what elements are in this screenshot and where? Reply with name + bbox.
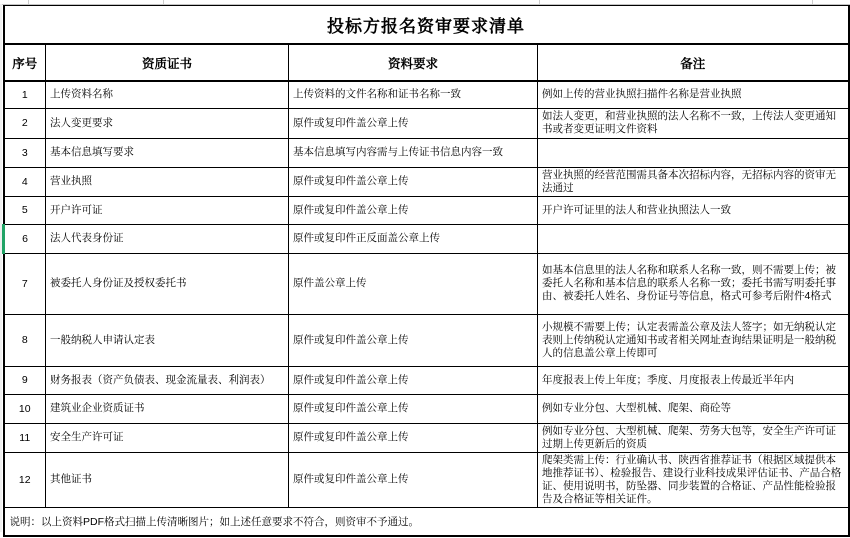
cell-cert[interactable]: 营业执照 <box>46 167 289 196</box>
gridline-tick <box>539 0 540 4</box>
table-row: 1上传资料名称上传资料的文件名称和证书名称一致例如上传的营业执照扫描件名称是营业… <box>4 81 849 108</box>
table-row: 3基本信息填写要求基本信息填写内容需与上传证书信息内容一致 <box>4 138 849 167</box>
cell-remark[interactable]: 小规模不需要上传；认定表需盖公章及法人签字；如无纳税认定表则上传纳税认定通知书或… <box>538 314 849 366</box>
cell-req[interactable]: 原件或复印件盖公章上传 <box>289 167 538 196</box>
table-row: 8一般纳税人申请认定表原件或复印件盖公章上传小规模不需要上传；认定表需盖公章及法… <box>4 314 849 366</box>
cell-req[interactable]: 原件或复印件盖公章上传 <box>289 452 538 507</box>
table-row: 5开户许可证原件或复印件盖公章上传开户许可证里的法人和营业执照法人一致 <box>4 196 849 224</box>
cell-remark[interactable]: 例如上传的营业执照扫描件名称是营业执照 <box>538 81 849 108</box>
table-row: 10建筑业企业资质证书原件或复印件盖公章上传例如专业分包、大型机械、爬架、商砼等 <box>4 394 849 423</box>
table-row: 11安全生产许可证原件或复印件盖公章上传例如专业分包、大型机械、爬架、劳务大包等… <box>4 423 849 452</box>
cell-remark[interactable]: 例如专业分包、大型机械、爬架、劳务大包等，安全生产许可证过期上传更新后的资质 <box>538 423 849 452</box>
cell-no[interactable]: 2 <box>4 108 46 138</box>
table-row: 9财务报表（资产负债表、现金流量表、利润表）原件或复印件盖公章上传年度报表上传上… <box>4 366 849 394</box>
column-header-remark[interactable]: 备注 <box>538 44 849 81</box>
cell-cert[interactable]: 上传资料名称 <box>46 81 289 108</box>
cell-req[interactable]: 上传资料的文件名称和证书名称一致 <box>289 81 538 108</box>
cell-req[interactable]: 原件或复印件盖公章上传 <box>289 108 538 138</box>
cell-no[interactable]: 8 <box>4 314 46 366</box>
cell-remark[interactable]: 爬架类需上传：行业确认书、陕西省推荐证书（根据区域提供本地推荐证书）、检验报告、… <box>538 452 849 507</box>
selected-cell[interactable]: 6 <box>4 224 46 253</box>
column-header-no[interactable]: 序号 <box>4 44 46 81</box>
cell-cert[interactable]: 法人变更要求 <box>46 108 289 138</box>
gridline-tick <box>163 0 164 4</box>
cell-req[interactable]: 原件盖公章上传 <box>289 253 538 314</box>
cell-req[interactable]: 原件或复印件盖公章上传 <box>289 394 538 423</box>
table-row: 4营业执照原件或复印件盖公章上传营业执照的经营范围需具备本次招标内容，无招标内容… <box>4 167 849 196</box>
column-header-req[interactable]: 资料要求 <box>289 44 538 81</box>
cell-req[interactable]: 原件或复印件盖公章上传 <box>289 196 538 224</box>
table-row: 6法人代表身份证原件或复印件正反面盖公章上传 <box>4 224 849 253</box>
cell-no[interactable]: 11 <box>4 423 46 452</box>
cell-cert[interactable]: 财务报表（资产负债表、现金流量表、利润表） <box>46 366 289 394</box>
cell-no[interactable]: 4 <box>4 167 46 196</box>
cell-cert[interactable]: 安全生产许可证 <box>46 423 289 452</box>
table-row: 2法人变更要求原件或复印件盖公章上传如法人变更，和营业执照的法人名称不一致，上传… <box>4 108 849 138</box>
cell-no[interactable]: 10 <box>4 394 46 423</box>
cell-req[interactable]: 原件或复印件盖公章上传 <box>289 366 538 394</box>
title-row: 投标方报名资审要求清单 <box>4 6 849 45</box>
cell-req[interactable]: 原件或复印件盖公章上传 <box>289 314 538 366</box>
cell-no[interactable]: 1 <box>4 81 46 108</box>
cell-no[interactable]: 12 <box>4 452 46 507</box>
qualification-requirements-table: 投标方报名资审要求清单 序号 资质证书 资料要求 备注 1上传资料名称上传资料的… <box>2 5 850 537</box>
cell-cert[interactable]: 开户许可证 <box>46 196 289 224</box>
cell-no[interactable]: 9 <box>4 366 46 394</box>
gridline-tick <box>812 0 813 4</box>
note-row: 说明：以上资料PDF格式扫描上传清晰图片；如上述任意要求不符合，则资审不予通过。 <box>4 507 849 536</box>
cell-req[interactable]: 原件或复印件盖公章上传 <box>289 423 538 452</box>
cell-no[interactable]: 5 <box>4 196 46 224</box>
cell-remark[interactable] <box>538 224 849 253</box>
cell-cert[interactable]: 建筑业企业资质证书 <box>46 394 289 423</box>
cell-no[interactable]: 7 <box>4 253 46 314</box>
table-row: 7被委托人身份证及授权委托书原件盖公章上传如基本信息里的法人名称和联系人名称一致… <box>4 253 849 314</box>
cell-cert[interactable]: 基本信息填写要求 <box>46 138 289 167</box>
cell-req[interactable]: 原件或复印件正反面盖公章上传 <box>289 224 538 253</box>
cell-cert[interactable]: 其他证书 <box>46 452 289 507</box>
cell-remark[interactable]: 开户许可证里的法人和营业执照法人一致 <box>538 196 849 224</box>
cell-cert[interactable]: 一般纳税人申请认定表 <box>46 314 289 366</box>
page-title: 投标方报名资审要求清单 <box>4 6 849 45</box>
column-header-cert[interactable]: 资质证书 <box>46 44 289 81</box>
cell-cert[interactable]: 法人代表身份证 <box>46 224 289 253</box>
cell-remark[interactable] <box>538 138 849 167</box>
cell-remark[interactable]: 例如专业分包、大型机械、爬架、商砼等 <box>538 394 849 423</box>
cell-remark[interactable]: 年度报表上传上年度；季度、月度报表上传最近半年内 <box>538 366 849 394</box>
cell-no[interactable]: 3 <box>4 138 46 167</box>
header-row: 序号 资质证书 资料要求 备注 <box>4 44 849 81</box>
table-row: 12其他证书原件或复印件盖公章上传爬架类需上传：行业确认书、陕西省推荐证书（根据… <box>4 452 849 507</box>
gridline-tick <box>28 0 29 4</box>
cell-remark[interactable]: 营业执照的经营范围需具备本次招标内容，无招标内容的资审无法通过 <box>538 167 849 196</box>
cell-req[interactable]: 基本信息填写内容需与上传证书信息内容一致 <box>289 138 538 167</box>
cell-cert[interactable]: 被委托人身份证及授权委托书 <box>46 253 289 314</box>
cell-remark[interactable]: 如基本信息里的法人名称和联系人名称一致，则不需要上传；被委托人名称和基本信息的联… <box>538 253 849 314</box>
cell-remark[interactable]: 如法人变更，和营业执照的法人名称不一致，上传法人变更通知书或者变更证明文件资料 <box>538 108 849 138</box>
note-cell[interactable]: 说明：以上资料PDF格式扫描上传清晰图片；如上述任意要求不符合，则资审不予通过。 <box>4 507 849 536</box>
